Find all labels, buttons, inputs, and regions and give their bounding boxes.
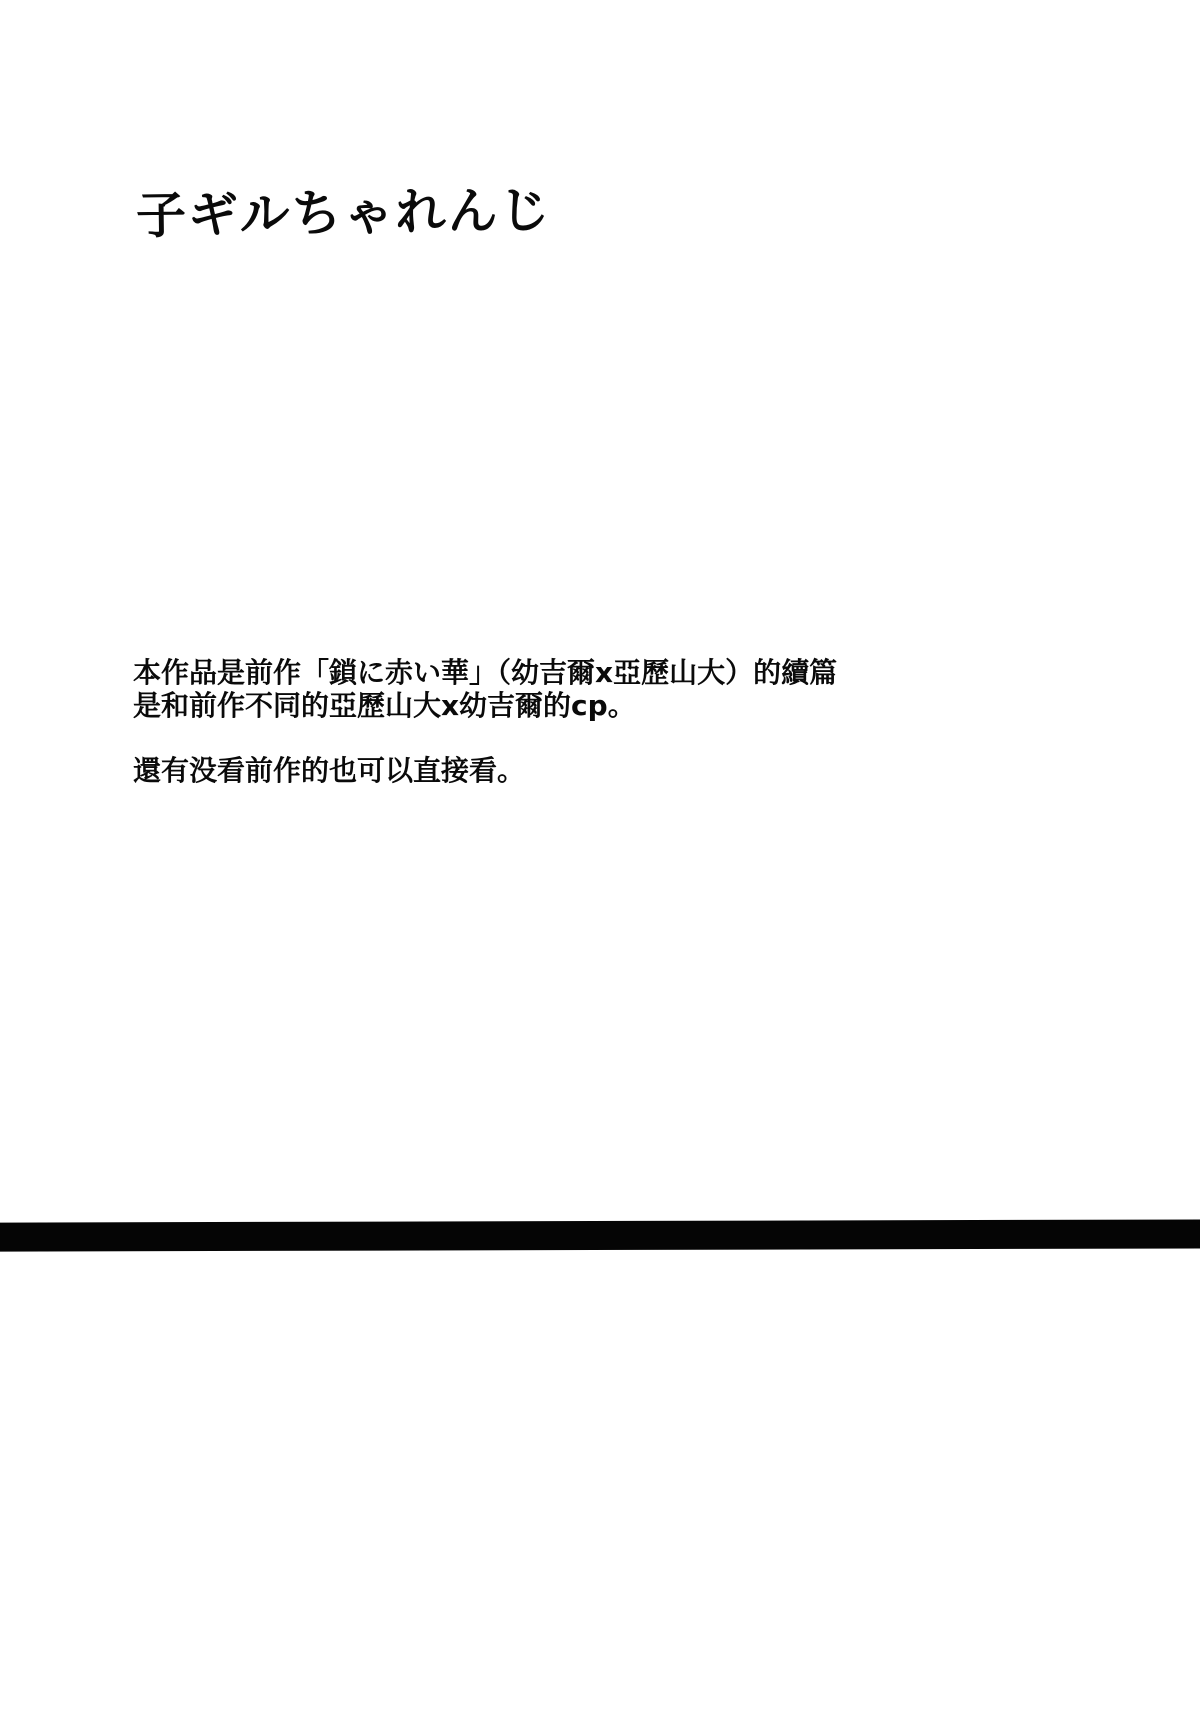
note-line-1: 本作品是前作「鎖に赤い華」（幼吉爾x亞歷山大）的續篇	[133, 656, 837, 689]
note-spacer	[133, 722, 837, 754]
author-notes: 本作品是前作「鎖に赤い華」（幼吉爾x亞歷山大）的續篇 是和前作不同的亞歷山大x幼…	[133, 656, 837, 787]
page-title: 子ギルちゃれんじ	[136, 180, 552, 246]
note-line-2: 是和前作不同的亞歷山大x幼吉爾的cp。	[133, 689, 837, 722]
note-line-3: 還有没看前作的也可以直接看。	[133, 754, 837, 787]
black-divider-bar	[0, 1219, 1200, 1251]
